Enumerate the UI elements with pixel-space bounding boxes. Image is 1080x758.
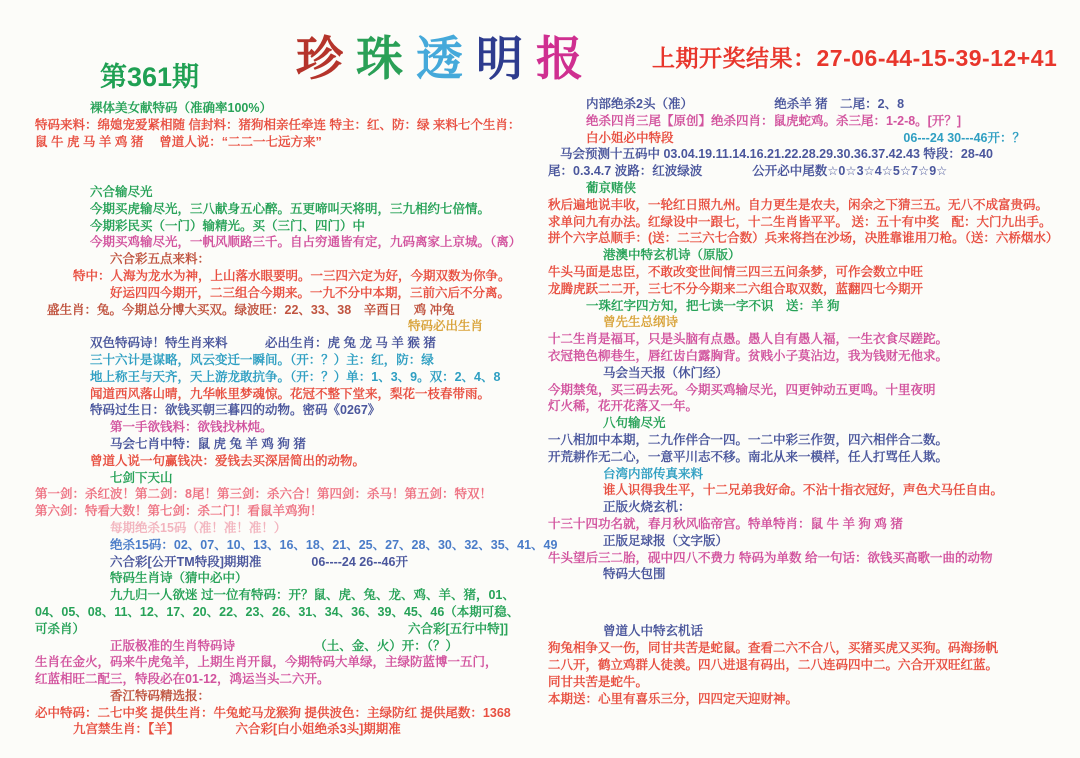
text-line: 曾先生总纲诗 bbox=[548, 314, 1080, 331]
text-line: 好运四四今期开，二三组合今期来。一九不分中本期，三前六后不分离。 bbox=[35, 285, 538, 302]
text-segment: 十三十四功名就，春月秋风临帝宫。特单特肖：鼠 牛 羊 狗 鸡 猪 bbox=[548, 517, 903, 531]
text-line: 本期送：心里有喜乐三分，四四定天迎财神。 bbox=[548, 691, 1080, 708]
text-segment: 马会七肖中特：鼠 虎 兔 羊 鸡 狗 猪 bbox=[110, 437, 306, 451]
text-line: 尾：0.3.4.7 波路：红波绿波 公开必中尾数☆0☆3☆4☆5☆7☆9☆ bbox=[548, 163, 1080, 180]
text-segment: 马会预测十五码中 03.04.19.11.14.16.21.22.28.29.3… bbox=[560, 147, 993, 161]
title-char: 珍 bbox=[296, 34, 343, 86]
text-line: 马会七肖中特：鼠 虎 兔 羊 鸡 狗 猪 bbox=[35, 436, 538, 453]
text-segment: 衣冠艳色柳巷生，唇红齿白露胸背。贫贱小子莫沾边，我为钱财无他求。 bbox=[548, 349, 948, 363]
text-line: 今期禁兔，买三码去死。今期买鸡输尽光，四更钟动五更鸣。十里夜明 bbox=[548, 382, 1080, 399]
text-segment: 开荒耕作无二心，一意平川志不移。南北从来一模样，任人打骂任人欺。 bbox=[548, 450, 948, 464]
text-segment: 特码必出生肖 bbox=[408, 319, 483, 333]
text-line: 港澳中特玄机诗（原版） bbox=[548, 247, 1080, 264]
text-segment: 曾道人中特玄机话 bbox=[603, 624, 703, 638]
text-line: 正版极准的生肖特码诗（土、金、火）开：（？） bbox=[35, 638, 538, 655]
text-line: 每期绝杀15码（准！准！准！） bbox=[35, 520, 538, 537]
text-line: 龙腾虎跃二二开，三七不分今期来二六组合取双数，蓝翻四七今期开 bbox=[548, 281, 1080, 298]
last-draw-result: 上期开奖结果：27-06-44-15-39-12+41 bbox=[652, 40, 1057, 73]
text-segment: 鼠 牛 虎 马 羊 鸡 猪 曾道人说：“二二一七远方来” bbox=[35, 135, 322, 149]
text-segment: 香江特码精选报： bbox=[110, 689, 210, 703]
text-line: 马会当天报（休门经） bbox=[548, 365, 1080, 382]
text-line: 九九归一人欲迷 过一位有特码：开？鼠、虎、兔、龙、鸡、羊、猪，01、 bbox=[35, 587, 538, 604]
text-line: 今期买鸡输尽光，一帆风顺路三千。自占穷通皆有定，九码离家上京城。（离） bbox=[35, 234, 538, 251]
text-line: 六合彩五点来料： bbox=[35, 251, 538, 268]
text-segment: 马会当天报（休门经） bbox=[603, 366, 728, 380]
text-line: 特码生肖诗（猜中必中） bbox=[35, 570, 538, 587]
title-char: 报 bbox=[536, 34, 583, 86]
text-line: 裸体美女献特码（准确率100%） bbox=[35, 100, 538, 117]
text-line: 生肖在金火，码来牛虎兔羊，上期生肖开鼠，今期特码大单绿，主绿防蓝博一五门， bbox=[35, 654, 538, 671]
text-segment: 今期彩民买（一门）输精光。买（三门、四门）中 bbox=[90, 219, 365, 233]
text-line: 台湾内部传真来料 bbox=[548, 466, 1080, 483]
text-line: 必中特码：二七中奖 提供生肖：牛兔蛇马龙猴狗 提供波色：主绿防红 提供尾数：13… bbox=[35, 705, 538, 722]
text-line: 牛头望后三二胎，砚中四八不费力 特码为单数 给一句话：欲钱买高歌一曲的动物 bbox=[548, 550, 1080, 567]
page-title: 珍珠透明报 bbox=[296, 22, 596, 89]
text-segment: 本期送：心里有喜乐三分，四四定天迎财神。 bbox=[548, 692, 798, 706]
text-line: 拼个六字总顺手：(送：二三六七合数）兵来将挡在沙场，决胜靠谁用刀枪。（送：六桥烟… bbox=[548, 230, 1080, 247]
text-line: 地上称王与天齐，天上游龙敢抗争。（开：？）单：1、3、9。双：2、4、8 bbox=[35, 369, 538, 386]
text-line: 马会预测十五码中 03.04.19.11.14.16.21.22.28.29.3… bbox=[548, 146, 1080, 163]
text-line: 绝杀15码：02、07、10、13、16、18、21、25、27、28、30、3… bbox=[35, 537, 538, 554]
text-segment: 内部绝杀2头（准） 绝杀羊 猪 二尾：2、8 bbox=[586, 97, 904, 111]
title-char: 明 bbox=[476, 34, 523, 86]
text-line: 可杀肖）六合彩[五行中特]] bbox=[35, 621, 538, 638]
text-line: 第一手欲钱料：欲钱找林炖。 bbox=[35, 419, 538, 436]
newspaper-page: 第361期 珍珠透明报 上期开奖结果：27-06-44-15-39-12+41 … bbox=[0, 0, 1080, 758]
text-line: 特码必出生肖 bbox=[35, 318, 538, 335]
text-line: 一八相加中本期，二九作伴合一四。一二中彩三作贺，四六相伴合二数。 bbox=[548, 432, 1080, 449]
text-segment: 曾先生总纲诗 bbox=[603, 315, 678, 329]
text-segment: 特码来料：绵媳宠爱紧相随 信封料：猪狗相亲任牵连 特主：红、防：绿 来料七个生肖… bbox=[35, 118, 520, 132]
text-segment: 九九归一人欲迷 过一位有特码：开？鼠、虎、兔、龙、鸡、羊、猪，01、 bbox=[110, 588, 515, 602]
text-line: 特码大包围 bbox=[548, 566, 1080, 583]
text-segment: 六合彩[公开TM特段]期期准 06----24 26--46开 bbox=[110, 555, 408, 569]
text-segment: 可杀肖） bbox=[35, 621, 85, 638]
text-segment: 同甘共苦是蛇牛。 bbox=[548, 675, 648, 689]
text-segment: 六合彩五点来料： bbox=[110, 252, 210, 266]
text-line: 曾道人中特玄机话 bbox=[548, 623, 1080, 640]
text-line: 葡京赌侠 bbox=[548, 180, 1080, 197]
text-segment: 二八开，鹤立鸡群人徒羡。四八进退有码出，二八连码四中二。六合开双旺红蓝。 bbox=[548, 658, 998, 672]
text-segment: 七剑下天山 bbox=[110, 471, 173, 485]
text-segment: 灯火稀，花开花落又一年。 bbox=[548, 399, 698, 413]
text-segment: 闻道西风落山晴，九华帐里梦魂惊。花冠不整下堂来，梨花一枝春带雨。 bbox=[90, 387, 490, 401]
text-segment: 特码过生日：欲钱买朝三暮四的动物。密码《0267》 bbox=[90, 403, 380, 417]
text-line: 狗兔相争又一伤，同甘共苦是蛇鼠。查看二六不合八，买猪买虎又买狗。码海扬帆 bbox=[548, 640, 1080, 657]
issue-number: 第361期 bbox=[100, 55, 199, 94]
text-line: 第一剑：杀红波！第二剑：8尾！第三剑：杀六合！第四剑：杀马！第五剑：特双！ bbox=[35, 486, 538, 503]
text-segment: 正版足球报（文字版） bbox=[603, 534, 728, 548]
text-line: 八句输尽光 bbox=[548, 415, 1080, 432]
text-segment: 红蓝相旺二配三，特段必在01-12，鸿运当头二六开。 bbox=[35, 672, 329, 686]
text-segment: 港澳中特玄机诗（原版） bbox=[603, 248, 741, 262]
text-segment: 特中：人海为龙水为神，上山落水眼要明。一三四六定为好，今期双数为你争。 bbox=[73, 269, 511, 283]
text-segment: 白小姐必中特段 bbox=[586, 130, 674, 147]
text-segment: 曾道人说一句赢钱决：爱钱去买深居简出的动物。 bbox=[90, 454, 365, 468]
text-line: 二八开，鹤立鸡群人徒羡。四八进退有码出，二八连码四中二。六合开双旺红蓝。 bbox=[548, 657, 1080, 674]
text-segment: 06---24 30---46开：？ bbox=[903, 130, 1025, 147]
text-segment: 绝杀15码：02、07、10、13、16、18、21、25、27、28、30、3… bbox=[110, 538, 557, 552]
content-columns: 裸体美女献特码（准确率100%）特码来料：绵媳宠爱紧相随 信封料：猪狗相亲任牵连… bbox=[0, 96, 1080, 738]
text-line: 鼠 牛 虎 马 羊 鸡 猪 曾道人说：“二二一七远方来” bbox=[35, 134, 538, 151]
text-segment: 今期禁兔，买三码去死。今期买鸡输尽光，四更钟动五更鸣。十里夜明 bbox=[548, 383, 936, 397]
text-segment: 绝杀四肖三尾【原创】绝杀四肖：鼠虎蛇鸡。杀三尾：1-2-8。[开？] bbox=[586, 114, 961, 128]
text-line: 三十六计是谋略，风云变迁一瞬间。（开：？）主：红，防：绿 bbox=[35, 352, 538, 369]
text-line: 内部绝杀2头（准） 绝杀羊 猪 二尾：2、8 bbox=[548, 96, 1080, 113]
text-segment: 第一手欲钱料：欲钱找林炖。 bbox=[110, 420, 273, 434]
text-segment: 04、05、08、11、12、17、20、22、23、26、31、34、36、3… bbox=[35, 605, 519, 619]
text-segment: 第六剑：特看大数！第七剑：杀二门！看鼠羊鸡狗！ bbox=[35, 504, 323, 518]
text-line: 特码来料：绵媳宠爱紧相随 信封料：猪狗相亲任牵连 特主：红、防：绿 来料七个生肖… bbox=[35, 117, 538, 134]
text-line: 谁人识得我生平，十二兄弟我好命。不沾十指衣冠好，声色犬马任自由。 bbox=[548, 482, 1080, 499]
text-line: 同甘共苦是蛇牛。 bbox=[548, 674, 1080, 691]
text-segment: 一珠红字四方知，把七读一字不识 送：羊 狗 bbox=[586, 299, 839, 313]
text-segment: 特码生肖诗（猜中必中） bbox=[110, 571, 248, 585]
text-line: 双色特码诗！特生肖来料 必出生肖：虎 兔 龙 马 羊 猴 猪 bbox=[35, 335, 538, 352]
text-segment: 好运四四今期开，二三组合今期来。一九不分中本期，三前六后不分离。 bbox=[110, 286, 510, 300]
text-line: 灯火稀，花开花落又一年。 bbox=[548, 398, 1080, 415]
page-header: 第361期 珍珠透明报 上期开奖结果：27-06-44-15-39-12+41 bbox=[0, 0, 1080, 96]
text-segment: 秋后遍地说丰收，一轮红日照九州。自力更生是农夫，闲余之下猜三五。无八不成富贵码。 bbox=[548, 198, 1048, 212]
text-line: 十二生肖是福耳，只是头脑有点愚。愚人自有愚人福，一生衣食尽蹉跎。 bbox=[548, 331, 1080, 348]
text-line: 六合输尽光 bbox=[35, 184, 538, 201]
text-line: 九宫禁生肖：【羊】 六合彩[白小姐绝杀3头]期期准 bbox=[35, 721, 538, 738]
text-line: 闻道西风落山晴，九华帐里梦魂惊。花冠不整下堂来，梨花一枝春带雨。 bbox=[35, 386, 538, 403]
text-segment: 生肖在金火，码来牛虎兔羊，上期生肖开鼠，今期特码大单绿，主绿防蓝博一五门， bbox=[35, 655, 498, 669]
text-segment: 盛生肖：兔。今期总分博大买双。绿波旺：22、33、38 辛酉日 鸡 冲兔 bbox=[47, 303, 455, 317]
text-segment: 每期绝杀15码（准！准！准！） bbox=[110, 521, 286, 535]
text-segment: 谁人识得我生平，十二兄弟我好命。不沾十指衣冠好，声色犬马任自由。 bbox=[603, 483, 1003, 497]
text-segment: 六合彩[五行中特]] bbox=[408, 621, 508, 638]
text-segment: 正版火烧玄机： bbox=[603, 500, 691, 514]
text-line: 第六剑：特看大数！第七剑：杀二门！看鼠羊鸡狗！ bbox=[35, 503, 538, 520]
text-segment: 八句输尽光 bbox=[603, 416, 666, 430]
text-line: 白小姐必中特段06---24 30---46开：？ bbox=[548, 130, 1080, 147]
text-segment: 六合输尽光 bbox=[90, 185, 153, 199]
text-segment: 九宫禁生肖：【羊】 六合彩[白小姐绝杀3头]期期准 bbox=[73, 722, 401, 736]
text-segment: 龙腾虎跃二二开，三七不分今期来二六组合取双数，蓝翻四七今期开 bbox=[548, 282, 923, 296]
text-line: 04、05、08、11、12、17、20、22、23、26、31、34、36、3… bbox=[35, 604, 538, 621]
text-segment: 牛头望后三二胎，砚中四八不费力 特码为单数 给一句话：欲钱买高歌一曲的动物 bbox=[548, 551, 992, 565]
text-line: 特码过生日：欲钱买朝三暮四的动物。密码《0267》 bbox=[35, 402, 538, 419]
text-line: 七剑下天山 bbox=[35, 470, 538, 487]
text-line: 今期彩民买（一门）输精光。买（三门、四门）中 bbox=[35, 218, 538, 235]
text-segment: 第一剑：杀红波！第二剑：8尾！第三剑：杀六合！第四剑：杀马！第五剑：特双！ bbox=[35, 487, 492, 501]
text-line: 求单问九有办法。红绿设中一跟七，十二生肖皆平平。 送：五十有中奖 配：大门九出手… bbox=[548, 214, 1080, 231]
text-segment: 一八相加中本期，二九作伴合一四。一二中彩三作贺，四六相伴合二数。 bbox=[548, 433, 948, 447]
text-line: 曾道人说一句赢钱决：爱钱去买深居简出的动物。 bbox=[35, 453, 538, 470]
text-segment: 台湾内部传真来料 bbox=[603, 467, 703, 481]
text-segment: 必中特码：二七中奖 提供生肖：牛兔蛇马龙猴狗 提供波色：主绿防红 提供尾数：13… bbox=[35, 706, 511, 720]
text-segment: 今期买鸡输尽光，一帆风顺路三千。自占穷通皆有定，九码离家上京城。（离） bbox=[90, 235, 521, 249]
title-char: 透 bbox=[416, 34, 463, 86]
text-segment: 牛头马面是忠臣，不敢改变世间情三四三五问条梦，可作会数立中旺 bbox=[548, 265, 923, 279]
text-segment: 尾：0.3.4.7 波路：红波绿波 公开必中尾数☆0☆3☆4☆5☆7☆9☆ bbox=[548, 164, 947, 178]
text-line: 一珠红字四方知，把七读一字不识 送：羊 狗 bbox=[548, 298, 1080, 315]
text-line: 秋后遍地说丰收，一轮红日照九州。自力更生是农夫，闲余之下猜三五。无八不成富贵码。 bbox=[548, 197, 1080, 214]
text-segment: 狗兔相争又一伤，同甘共苦是蛇鼠。查看二六不合八，买猪买虎又买狗。码海扬帆 bbox=[548, 641, 998, 655]
text-line: 牛头马面是忠臣，不敢改变世间情三四三五问条梦，可作会数立中旺 bbox=[548, 264, 1080, 281]
text-line: 特中：人海为龙水为神，上山落水眼要明。一三四六定为好，今期双数为你争。 bbox=[35, 268, 538, 285]
text-line: 开荒耕作无二心，一意平川志不移。南北从来一模样，任人打骂任人欺。 bbox=[548, 449, 1080, 466]
right-column: 内部绝杀2头（准） 绝杀羊 猪 二尾：2、8绝杀四肖三尾【原创】绝杀四肖：鼠虎蛇… bbox=[538, 96, 1080, 707]
text-segment: 双色特码诗！特生肖来料 必出生肖：虎 兔 龙 马 羊 猴 猪 bbox=[90, 336, 436, 350]
text-segment: 求单问九有办法。红绿设中一跟七，十二生肖皆平平。 送：五十有中奖 配：大门九出手… bbox=[548, 215, 1051, 229]
text-segment: 地上称王与天齐，天上游龙敢抗争。（开：？）单：1、3、9。双：2、4、8 bbox=[90, 370, 500, 384]
text-line: 红蓝相旺二配三，特段必在01-12，鸿运当头二六开。 bbox=[35, 671, 538, 688]
text-line: 绝杀四肖三尾【原创】绝杀四肖：鼠虎蛇鸡。杀三尾：1-2-8。[开？] bbox=[548, 113, 1080, 130]
text-segment: （土、金、火）开：（？） bbox=[314, 638, 458, 655]
text-line: 十三十四功名就，春月秋风临帝宫。特单特肖：鼠 牛 羊 狗 鸡 猪 bbox=[548, 516, 1080, 533]
text-line: 盛生肖：兔。今期总分博大买双。绿波旺：22、33、38 辛酉日 鸡 冲兔 bbox=[35, 302, 538, 319]
text-line: 今期买虎输尽光，三八献身五心醉。五更啼叫天将明，三九相约七倍情。 bbox=[35, 201, 538, 218]
text-segment: 拼个六字总顺手：(送：二三六七合数）兵来将挡在沙场，决胜靠谁用刀枪。（送：六桥烟… bbox=[548, 231, 1058, 245]
text-segment: 葡京赌侠 bbox=[586, 181, 636, 195]
text-segment: 正版极准的生肖特码诗 bbox=[110, 638, 235, 655]
text-segment: 裸体美女献特码（准确率100%） bbox=[90, 101, 272, 115]
text-segment: 今期买虎输尽光，三八献身五心醉。五更啼叫天将明，三九相约七倍情。 bbox=[90, 202, 490, 216]
title-char: 珠 bbox=[356, 34, 403, 86]
text-line: 六合彩[公开TM特段]期期准 06----24 26--46开 bbox=[35, 554, 538, 571]
text-line: 正版火烧玄机： bbox=[548, 499, 1080, 516]
text-segment: 三十六计是谋略，风云变迁一瞬间。（开：？）主：红，防：绿 bbox=[90, 353, 434, 367]
text-segment: 十二生肖是福耳，只是头脑有点愚。愚人自有愚人福，一生衣食尽蹉跎。 bbox=[548, 332, 948, 346]
text-line: 衣冠艳色柳巷生，唇红齿白露胸背。贫贱小子莫沾边，我为钱财无他求。 bbox=[548, 348, 1080, 365]
text-line: 正版足球报（文字版） bbox=[548, 533, 1080, 550]
text-segment: 特码大包围 bbox=[603, 567, 666, 581]
left-column: 裸体美女献特码（准确率100%）特码来料：绵媳宠爱紧相随 信封料：猪狗相亲任牵连… bbox=[0, 100, 538, 738]
text-line: 香江特码精选报： bbox=[35, 688, 538, 705]
